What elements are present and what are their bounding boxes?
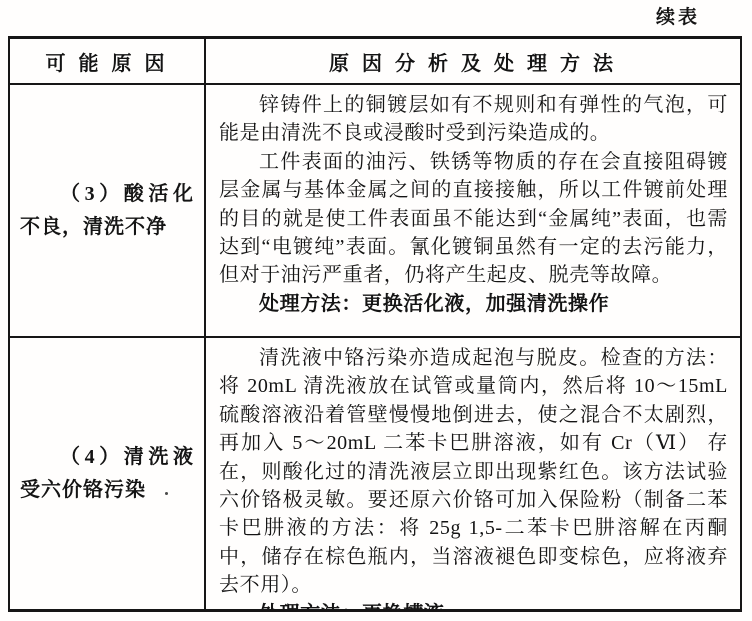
header-possible-cause: 可 能 原 因: [10, 39, 206, 85]
treatment-line: 处理方法：更换活化液，加强清洗操作: [219, 290, 728, 318]
cause-cell-chromium-contamination: （4）清洗液受六价铬污染: [10, 338, 206, 609]
document-page: 续表 可 能 原 因 原 因 分 析 及 处 理 方 法 （3）酸活化不良，清洗…: [0, 0, 752, 621]
analysis-paragraph: 工件表面的油污、铁锈等物质的存在会直接阻碍镀层金属与基体金属之间的直接接触，所以…: [219, 148, 728, 290]
analysis-paragraph: 锌铸件上的铜镀层如有不规则和有弹性的气泡，可能是由清洗不良或浸酸时受到污染造成的…: [219, 91, 728, 148]
cause-cell-acid-activation: （3）酸活化不良，清洗不净: [10, 85, 206, 338]
treatment-line: 处理方法：更换槽液: [219, 600, 728, 609]
fault-cause-table: 可 能 原 因 原 因 分 析 及 处 理 方 法 （3）酸活化不良，清洗不净 …: [8, 36, 742, 612]
cause-text: （3）酸活化不良，清洗不净: [20, 178, 194, 244]
ink-dot-artifact: [165, 492, 168, 495]
analysis-cell-acid-activation: 锌铸件上的铜镀层如有不规则和有弹性的气泡，可能是由清洗不良或浸酸时受到污染造成的…: [206, 85, 740, 338]
continuation-label: 续表: [656, 2, 700, 29]
cause-text: （4）清洗液受六价铬污染: [20, 441, 194, 507]
header-cause-analysis-treatment: 原 因 分 析 及 处 理 方 法: [206, 39, 740, 85]
analysis-paragraph: 清洗液中铬污染亦造成起泡与脱皮。检查的方法：将 20mL 清洗液放在试管或量筒内…: [219, 344, 728, 600]
analysis-cell-chromium-contamination: 清洗液中铬污染亦造成起泡与脱皮。检查的方法：将 20mL 清洗液放在试管或量筒内…: [206, 338, 740, 609]
